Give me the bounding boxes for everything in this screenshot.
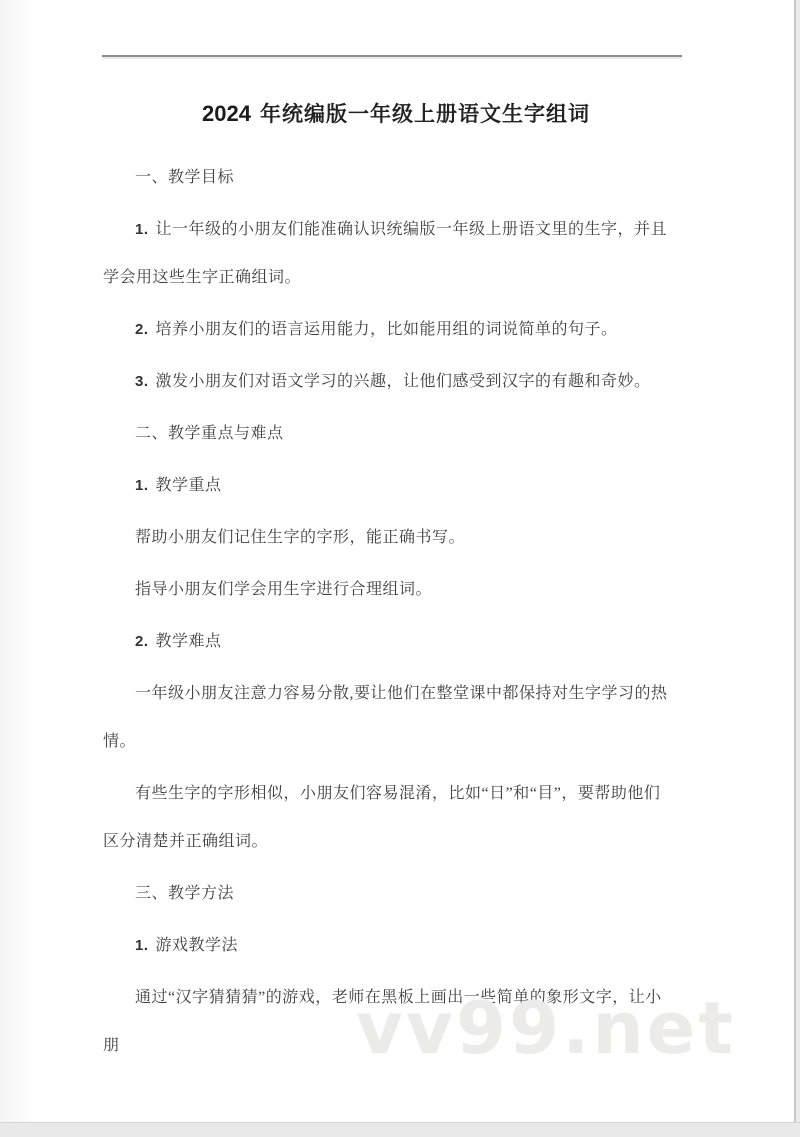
paragraph-text: 指导小朋友们学会用生字进行合理组词。 [135,581,432,598]
title-year: 2024 [202,101,251,126]
numbered-paragraph: 1.让一年级的小朋友们能准确认识统编版一年级上册语文里的生字，并且学会用这些生字… [103,206,675,302]
numbered-paragraph: 3.激发小朋友们对语文学习的兴趣，让他们感受到汉字的有趣和奇妙。 [103,358,675,406]
page-left-shadow [0,0,34,1137]
paragraph-number: 2. [135,321,149,338]
paragraph-text: 二、教学重点与难点 [135,425,284,442]
paragraph-text: 培养小朋友们的语言运用能力，比如能用组的词说简单的句子。 [156,321,618,338]
paragraph-number: 2. [135,633,149,650]
paragraph-text: 三、教学方法 [135,885,234,902]
document-page: 2024年统编版一年级上册语文生字组词 一、教学目标1.让一年级的小朋友们能准确… [0,0,800,1137]
title-text: 年统编版一年级上册语文生字组词 [260,102,590,126]
numbered-paragraph: 2.教学难点 [103,618,675,666]
paragraph-text: 游戏教学法 [156,937,239,954]
paragraph: 有些生字的字形相似，小朋友们容易混淆，比如“日”和“目”，要帮助他们区分清楚并正… [103,770,675,866]
paragraph-text: 帮助小朋友们记住生字的字形，能正确书写。 [135,529,465,546]
paragraph-text: 让一年级的小朋友们能准确认识统编版一年级上册语文里的生字，并且学会用这些生字正确… [103,221,667,286]
paragraph-number: 3. [135,373,149,390]
numbered-paragraph: 1.游戏教学法 [103,922,675,970]
paragraph-text: 一、教学目标 [135,169,234,186]
watermark: vv99.net [356,986,736,1070]
paragraph-text: 有些生字的字形相似，小朋友们容易混淆，比如“日”和“目”，要帮助他们区分清楚并正… [103,785,660,850]
document-content: 2024年统编版一年级上册语文生字组词 一、教学目标1.让一年级的小朋友们能准确… [103,0,675,1074]
section-heading: 三、教学方法 [103,870,675,918]
page-right-edge [794,0,800,1137]
section-heading: 二、教学重点与难点 [103,410,675,458]
numbered-paragraph: 1.教学重点 [103,462,675,510]
paragraph-list: 一、教学目标1.让一年级的小朋友们能准确认识统编版一年级上册语文里的生字，并且学… [103,154,675,1070]
page-bottom-bar [0,1122,800,1137]
paragraph-number: 1. [135,477,149,494]
paragraph-text: 教学重点 [156,477,222,494]
paragraph-number: 1. [135,937,149,954]
paragraph: 一年级小朋友注意力容易分散,要让他们在整堂课中都保持对生字学习的热情。 [103,670,675,766]
paragraph-number: 1. [135,221,149,238]
paragraph-text: 激发小朋友们对语文学习的兴趣，让他们感受到汉字的有趣和奇妙。 [156,373,651,390]
paragraph-text: 教学难点 [156,633,222,650]
paragraph: 指导小朋友们学会用生字进行合理组词。 [103,566,675,614]
section-heading: 一、教学目标 [103,154,675,202]
paragraph: 帮助小朋友们记住生字的字形，能正确书写。 [103,514,675,562]
document-title: 2024年统编版一年级上册语文生字组词 [103,98,675,130]
numbered-paragraph: 2.培养小朋友们的语言运用能力，比如能用组的词说简单的句子。 [103,306,675,354]
paragraph-text: 一年级小朋友注意力容易分散,要让他们在整堂课中都保持对生字学习的热情。 [103,685,668,750]
